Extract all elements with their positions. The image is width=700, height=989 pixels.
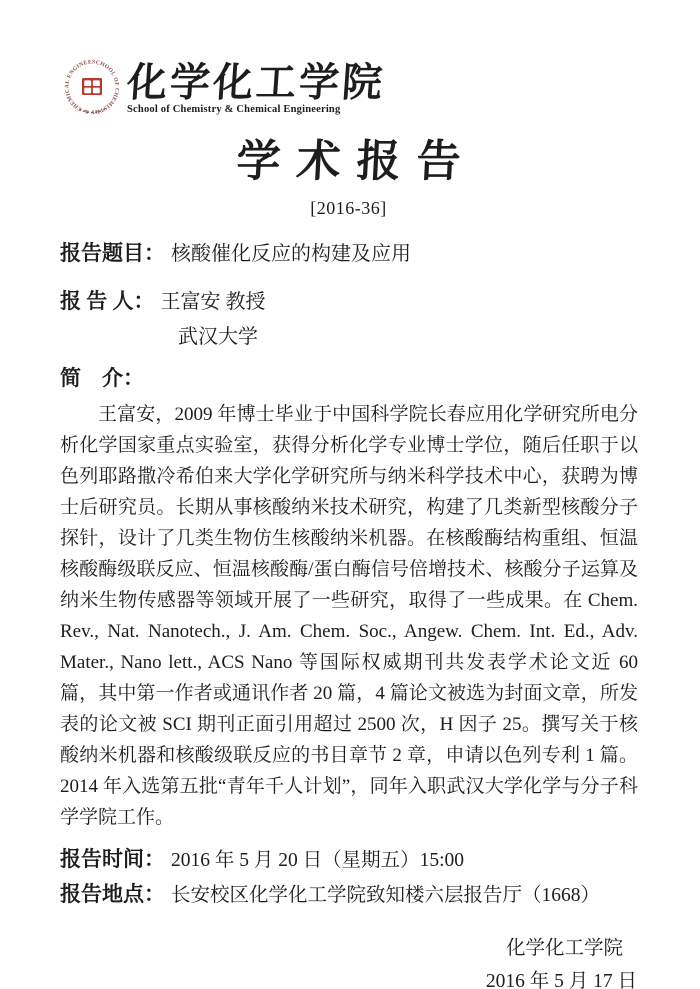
report-place-value: 长安校区化学化工学院致知楼六层报告厅（1668） [171,885,600,906]
document-title: 学术报告 [59,137,639,187]
college-name-english: School of Chemistry & Chemical Engineeri… [127,104,385,115]
issue-number: [2016-36] [60,198,637,219]
report-place-row: 报告地点：长安校区化学化工学院致知楼六层报告厅（1668） [60,881,637,909]
speaker-affiliation: 武汉大学 [60,324,637,350]
signature-block: 化学化工学院 2016 年 5 月 17 日 [60,936,637,989]
report-time-label: 报告时间： [60,847,165,871]
college-name-chinese: 化学化工学院 [126,63,387,103]
document-page: SCHOOL OF CHEMISTRY & CHEMICAL ENGINEERI… [0,0,700,989]
report-topic-row: 报告题目：核酸催化反应的构建及应用 [60,240,637,267]
report-place-label: 报告地点： [60,882,165,906]
report-time-row: 报告时间：2016 年 5 月 20 日（星期五）15:00 [60,846,637,874]
college-seal-icon: SCHOOL OF CHEMISTRY & CHEMICAL ENGINEERI… [60,55,124,121]
signature-date: 2016 年 5 月 17 日 [60,969,637,989]
speaker-label: 报 告 人： [60,289,155,313]
signature-organization: 化学化工学院 [60,936,623,962]
intro-section-label-row: 简 介： [60,365,637,392]
report-topic-value: 核酸催化反应的构建及应用 [171,243,411,265]
report-topic-label: 报告题目： [60,241,165,265]
speaker-biography: 王富安，2009 年博士毕业于中国科学院长春应用化学研究所电分析化学国家重点实验… [60,399,638,833]
report-time-value: 2016 年 5 月 20 日（星期五）15:00 [171,850,464,871]
speaker-row: 报 告 人：王富安 教授 [60,288,637,315]
speaker-name: 王富安 教授 [161,291,266,313]
college-names: 化学化工学院 School of Chemistry & Chemical En… [127,55,385,115]
intro-label: 简 介： [60,366,144,390]
letterhead: SCHOOL OF CHEMISTRY & CHEMICAL ENGINEERI… [60,55,637,129]
seal-stamp [82,78,102,95]
